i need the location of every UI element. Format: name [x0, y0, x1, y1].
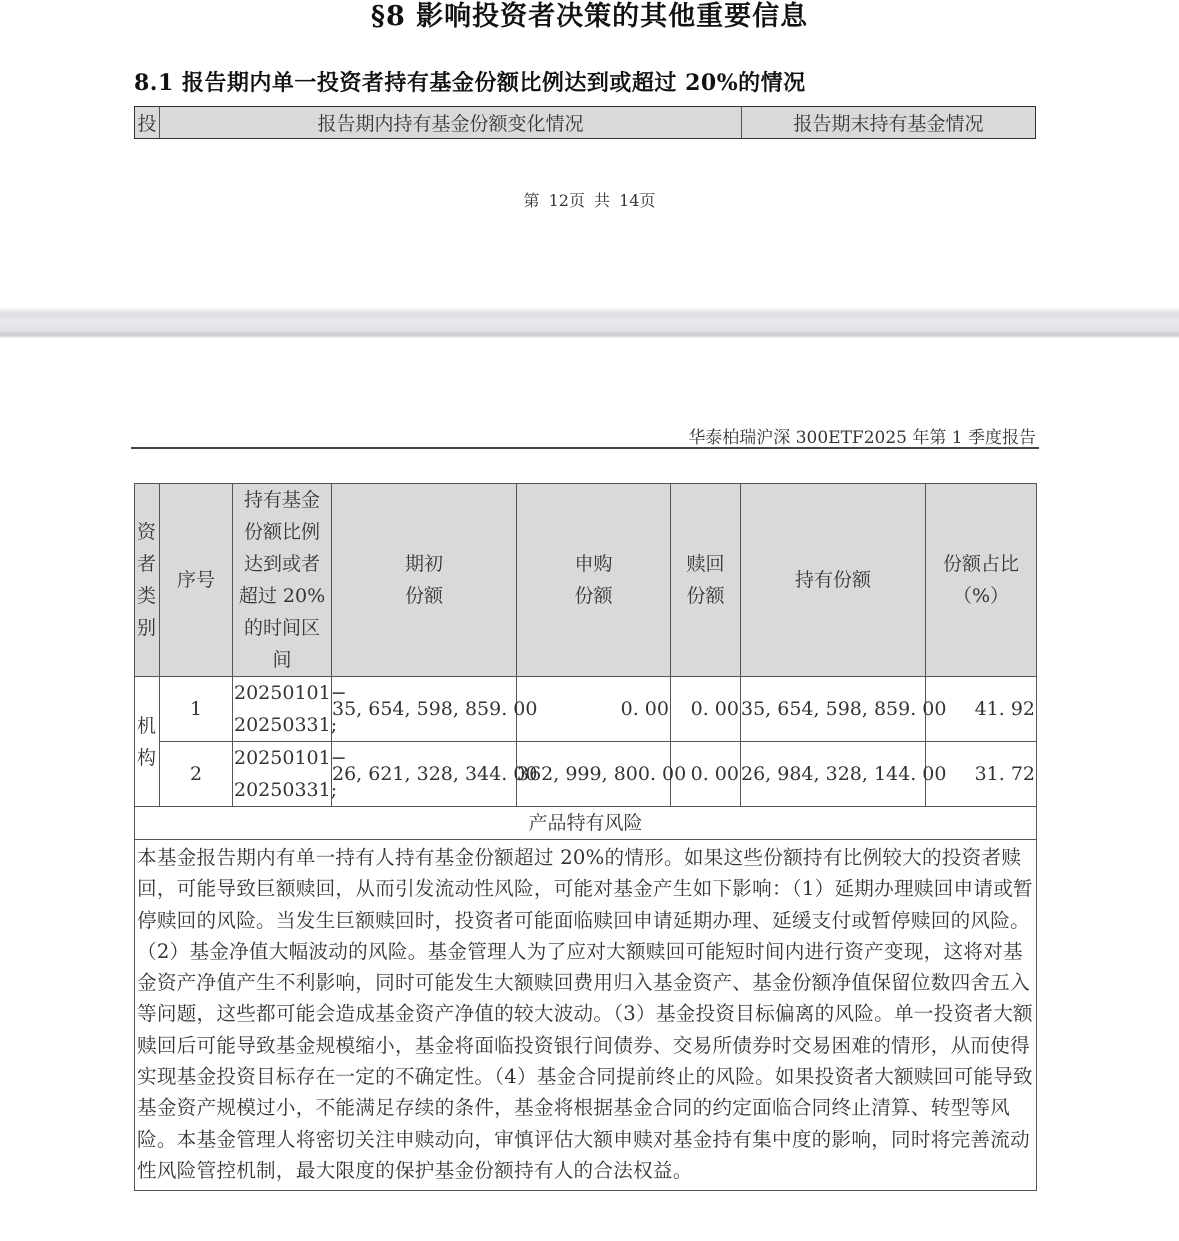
- holding-shares-cell: 26, 984, 328, 144. 00: [741, 742, 926, 807]
- subscription-cell: 0. 00: [517, 677, 671, 742]
- risk-body-row: 本基金报告期内有单一持有人持有基金份额超过 20%的情形。如果这些份额持有比例较…: [135, 840, 1037, 1191]
- opening-shares-cell: 35, 654, 598, 859. 00: [332, 677, 517, 742]
- opening-shares-cell: 26, 621, 328, 344. 00: [332, 742, 517, 807]
- redemption-cell: 0. 00: [671, 677, 741, 742]
- period-header: 持有基金份额比例达到或者超过 20%的时间区间: [233, 484, 332, 677]
- redemption-header: 赎回 份额: [671, 484, 741, 677]
- running-header: 华泰柏瑞沪深 300ETF2025 年第 1 季度报告: [688, 423, 1036, 448]
- section-title: §8 影响投资者决策的其他重要信息: [0, 0, 1179, 33]
- serial-no-header: 序号: [160, 484, 233, 677]
- investor-category-header: 资者类别: [135, 484, 160, 677]
- table-row: 机构 1 20250101− 20250331; 35, 654, 598, 8…: [135, 677, 1037, 742]
- holders-table: 资者类别 序号 持有基金份额比例达到或者超过 20%的时间区间 期初 份额 申购…: [134, 483, 1037, 1191]
- holding-shares-cell: 35, 654, 598, 859. 00: [741, 677, 926, 742]
- header-rule: [131, 447, 1039, 449]
- table-row: 2 20250101− 20250331; 26, 621, 328, 344.…: [135, 742, 1037, 807]
- serial-cell: 2: [160, 742, 233, 807]
- period-change-header: 报告期内持有基金份额变化情况: [160, 107, 742, 138]
- page-number: 第 12页 共 14页: [0, 188, 1179, 211]
- holders-table-header-fragment: 投 报告期内持有基金份额变化情况 报告期末持有基金情况: [134, 106, 1036, 139]
- subscription-header: 申购 份额: [517, 484, 671, 677]
- truncated-investor-header: 投: [135, 107, 160, 138]
- period-cell: 20250101− 20250331;: [233, 742, 332, 807]
- period-cell: 20250101− 20250331;: [233, 677, 332, 742]
- share-ratio-header: 份额占比 （%）: [926, 484, 1037, 677]
- risk-title: 产品特有风险: [135, 807, 1037, 840]
- table-header-row: 资者类别 序号 持有基金份额比例达到或者超过 20%的时间区间 期初 份额 申购…: [135, 484, 1037, 677]
- investor-category-cell: 机构: [135, 677, 160, 807]
- risk-description: 本基金报告期内有单一持有人持有基金份额超过 20%的情形。如果这些份额持有比例较…: [135, 840, 1037, 1191]
- opening-shares-header: 期初 份额: [332, 484, 517, 677]
- holding-shares-header: 持有份额: [741, 484, 926, 677]
- serial-cell: 1: [160, 677, 233, 742]
- subscription-cell: 362, 999, 800. 00: [517, 742, 671, 807]
- subsection-title: 8.1 报告期内单一投资者持有基金份额比例达到或超过 20%的情况: [134, 66, 806, 97]
- page-separator: [0, 308, 1179, 338]
- period-end-header: 报告期末持有基金情况: [742, 107, 1035, 138]
- document-page-12: §8 影响投资者决策的其他重要信息 8.1 报告期内单一投资者持有基金份额比例达…: [0, 0, 1179, 310]
- risk-title-row: 产品特有风险: [135, 807, 1037, 840]
